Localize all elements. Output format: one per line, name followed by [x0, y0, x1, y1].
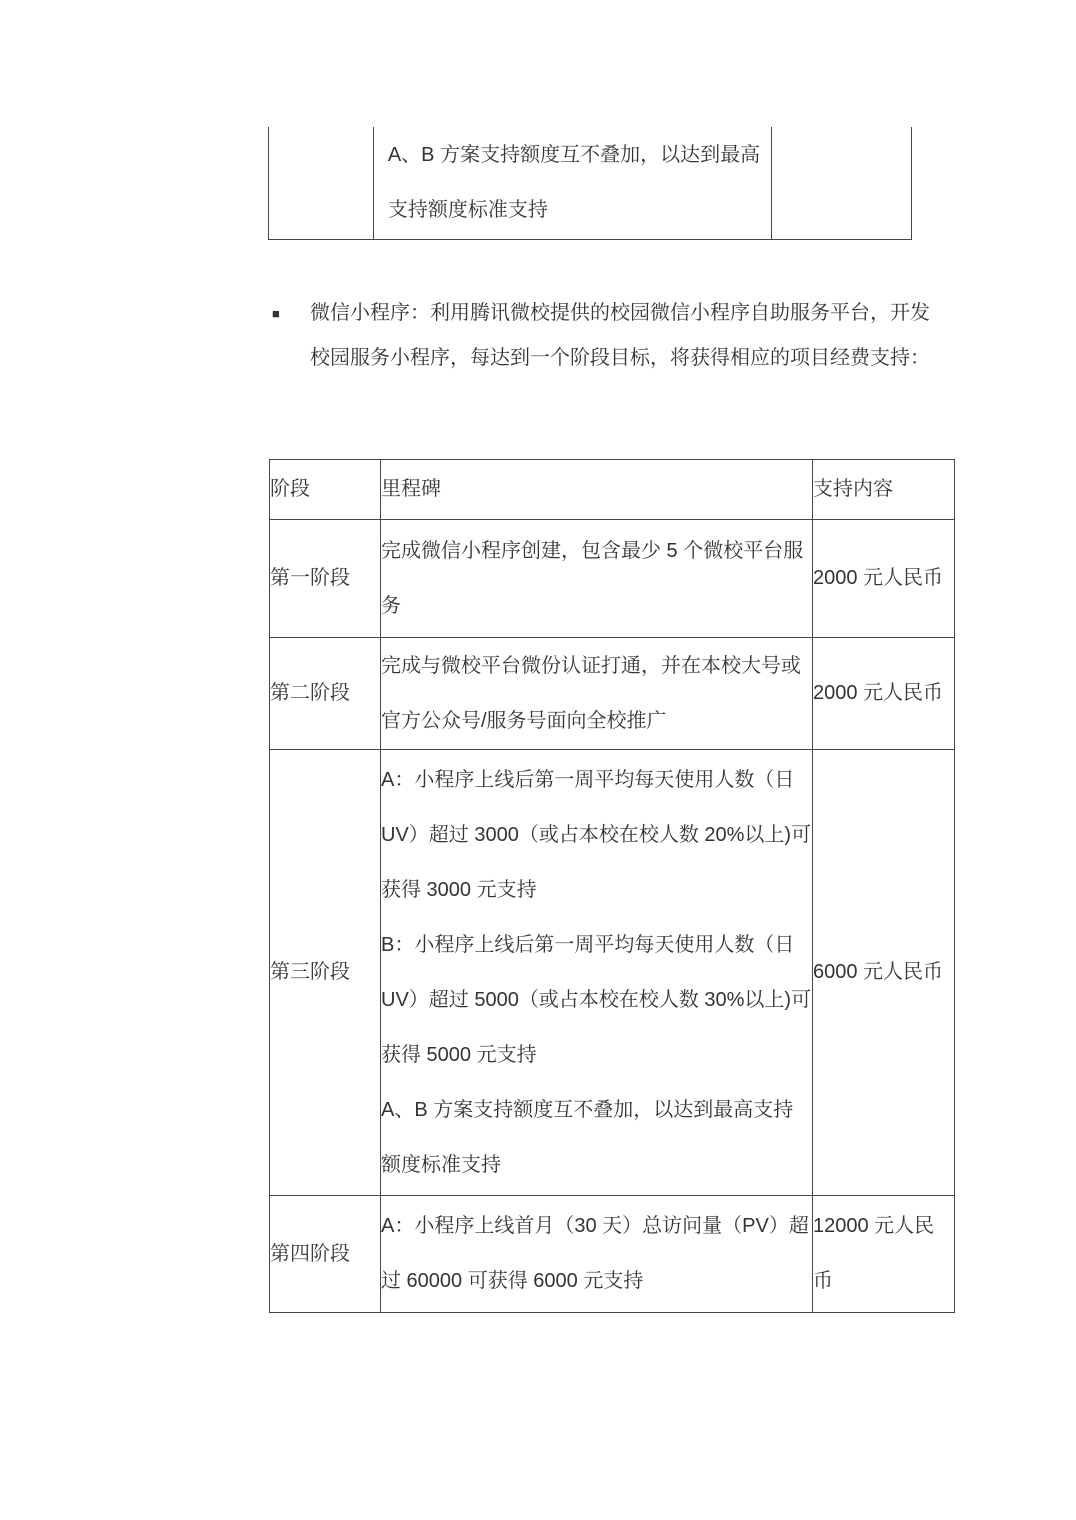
header-cell-stage: 阶段	[270, 460, 381, 520]
bullet-paragraph-text: 微信小程序：利用腾讯微校提供的校园微信小程序自助服务平台，开发校园服务小程序，每…	[310, 291, 932, 381]
milestone-cell: 完成微信小程序创建，包含最少 5 个微校平台服务	[381, 520, 813, 638]
stages-table: 阶段 里程碑 支持内容 第一阶段 完成微信小程序创建，包含最少 5 个微校平台服…	[269, 459, 955, 1313]
header-cell-milestone: 里程碑	[381, 460, 813, 520]
table-row-stage-4: 第四阶段 A：小程序上线首月（30 天）总访问量（PV）超过 60000 可获得…	[270, 1196, 955, 1313]
bullet-paragraph: ■ 微信小程序：利用腾讯微校提供的校园微信小程序自助服务平台，开发校园服务小程序…	[272, 291, 932, 381]
stage-cell: 第二阶段	[270, 638, 381, 750]
milestone-text: 完成与微校平台微份认证打通，并在本校大号或官方公众号/服务号面向全校推广	[381, 639, 812, 749]
table-row-stage-3: 第三阶段 A：小程序上线后第一周平均每天使用人数（日 UV）超过 3000（或占…	[270, 750, 955, 1196]
milestone-text: A：小程序上线首月（30 天）总访问量（PV）超过 60000 可获得 6000…	[381, 1199, 812, 1309]
support-text: 12000 元人民币	[813, 1199, 954, 1309]
table-row-stage-1: 第一阶段 完成微信小程序创建，包含最少 5 个微校平台服务 2000 元人民币	[270, 520, 955, 638]
document-page: A、B 方案支持额度互不叠加，以达到最高支持额度标准支持 ■ 微信小程序：利用腾…	[0, 0, 1076, 1520]
stage-cell: 第一阶段	[270, 520, 381, 638]
support-text: 2000 元人民币	[813, 666, 954, 721]
milestone-cell: 完成与微校平台微份认证打通，并在本校大号或官方公众号/服务号面向全校推广	[381, 638, 813, 750]
support-text: 6000 元人民币	[813, 945, 954, 1000]
support-text: 2000 元人民币	[813, 551, 954, 606]
milestone-text: 完成微信小程序创建，包含最少 5 个微校平台服务	[381, 524, 812, 634]
continued-table-milestone-cell: A、B 方案支持额度互不叠加，以达到最高支持额度标准支持	[374, 127, 772, 239]
continued-table-support-cell	[772, 127, 912, 239]
milestone-paragraph-note: A、B 方案支持额度互不叠加，以达到最高支持额度标准支持	[381, 1083, 812, 1193]
stages-table-header-row: 阶段 里程碑 支持内容	[270, 460, 955, 520]
milestone-paragraph-b: B：小程序上线后第一周平均每天使用人数（日 UV）超过 5000（或占本校在校人…	[381, 918, 812, 1083]
milestone-cell: A：小程序上线后第一周平均每天使用人数（日 UV）超过 3000（或占本校在校人…	[381, 750, 813, 1196]
milestone-cell: A：小程序上线首月（30 天）总访问量（PV）超过 60000 可获得 6000…	[381, 1196, 813, 1313]
table-row-stage-2: 第二阶段 完成与微校平台微份认证打通，并在本校大号或官方公众号/服务号面向全校推…	[270, 638, 955, 750]
support-cell: 6000 元人民币	[813, 750, 955, 1196]
stage-cell: 第四阶段	[270, 1196, 381, 1313]
continued-table-stage-cell	[269, 127, 374, 239]
continued-table-milestone-text: A、B 方案支持额度互不叠加，以达到最高支持额度标准支持	[388, 128, 767, 238]
support-cell: 12000 元人民币	[813, 1196, 955, 1313]
header-cell-support: 支持内容	[813, 460, 955, 520]
square-bullet-icon: ■	[272, 291, 310, 336]
continued-table: A、B 方案支持额度互不叠加，以达到最高支持额度标准支持	[268, 127, 912, 240]
support-cell: 2000 元人民币	[813, 638, 955, 750]
stage-cell: 第三阶段	[270, 750, 381, 1196]
milestone-paragraph-a: A：小程序上线后第一周平均每天使用人数（日 UV）超过 3000（或占本校在校人…	[381, 753, 812, 918]
support-cell: 2000 元人民币	[813, 520, 955, 638]
